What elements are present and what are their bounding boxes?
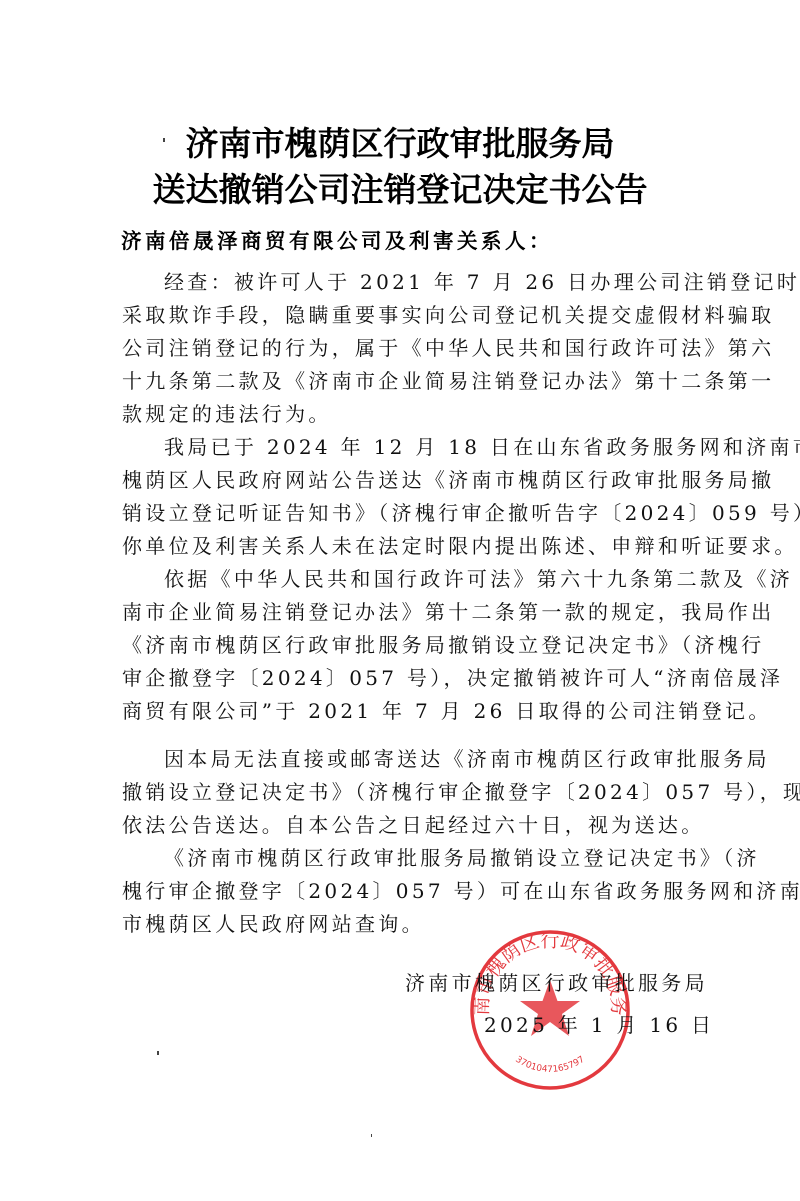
- signature-organization: 济南市槐荫区行政审批服务局: [405, 967, 708, 996]
- paragraph-line: 我局已于 2024 年 12 月 18 日在山东省政务服务网和济南市: [122, 431, 684, 464]
- paragraph-4: 因本局无法直接或邮寄送达《济南市槐荫区行政审批服务局 撤销设立登记决定书》（济槐…: [122, 743, 684, 842]
- paragraph-line: 公司注销登记的行为，属于《中华人民共和国行政许可法》第六: [122, 332, 684, 365]
- document-title-line-1: 济南市槐荫区行政审批服务局: [0, 124, 800, 164]
- seal-code: 3701047165797: [513, 1055, 586, 1075]
- paragraph-line: 撤销设立登记决定书》（济槐行审企撤登字〔2024〕057 号），现: [122, 776, 684, 809]
- paragraph-1: 经查：被许可人于 2021 年 7 月 26 日办理公司注销登记时， 采取欺诈手…: [122, 266, 684, 431]
- paragraph-line: 销设立登记听证告知书》（济槐行审企撤听告字〔2024〕059 号），: [122, 497, 684, 530]
- paragraph-line: 依法公告送达。自本公告之日起经过六十日，视为送达。: [122, 809, 684, 842]
- scan-speck: [157, 1051, 159, 1055]
- paragraph-line: 依据《中华人民共和国行政许可法》第六十九条第二款及《济: [122, 563, 684, 596]
- addressee: 济南倍晟泽商贸有限公司及利害关系人：: [121, 226, 553, 256]
- scan-speck: [371, 1134, 372, 1137]
- paragraph-line: 槐荫区人民政府网站公告送达《济南市槐荫区行政审批服务局撤: [122, 464, 684, 497]
- paragraph-3: 依据《中华人民共和国行政许可法》第六十九条第二款及《济 南市企业简易注销登记办法…: [122, 563, 684, 728]
- paragraph-line: 商贸有限公司”于 2021 年 7 月 26 日取得的公司注销登记。: [122, 695, 684, 728]
- paragraph-line: 槐行审企撤登字〔2024〕057 号）可在山东省政务服务网和济南: [122, 875, 684, 908]
- paragraph-line: 因本局无法直接或邮寄送达《济南市槐荫区行政审批服务局: [122, 743, 684, 776]
- paragraph-line: 款规定的违法行为。: [122, 398, 684, 431]
- paragraph-line: 你单位及利害关系人未在法定时限内提出陈述、申辩和听证要求。: [122, 530, 684, 563]
- paragraph-line: 南市企业简易注销登记办法》第十二条第一款的规定，我局作出: [122, 596, 684, 629]
- paragraph-line: 采取欺诈手段，隐瞒重要事实向公司登记机关提交虚假材料骗取: [122, 299, 684, 332]
- paragraph-line: 《济南市槐荫区行政审批服务局撤销设立登记决定书》（济槐行: [122, 629, 684, 662]
- paragraph-line: 《济南市槐荫区行政审批服务局撤销设立登记决定书》（济: [122, 842, 684, 875]
- paragraph-line: 审企撤登字〔2024〕057 号），决定撤销被许可人“济南倍晟泽: [122, 662, 684, 695]
- scan-speck: [163, 138, 165, 142]
- paragraph-2: 我局已于 2024 年 12 月 18 日在山东省政务服务网和济南市 槐荫区人民…: [122, 431, 684, 563]
- document-title-line-2: 送达撤销公司注销登记决定书公告: [0, 170, 800, 210]
- paragraph-line: 经查：被许可人于 2021 年 7 月 26 日办理公司注销登记时，: [122, 266, 684, 299]
- signature-date: 2025 年 1 月 16 日: [484, 1009, 714, 1038]
- document-page: 济南市槐荫区行政审批服务局 送达撤销公司注销登记决定书公告 济南倍晟泽商贸有限公…: [0, 0, 800, 1201]
- paragraph-line: 十九条第二款及《济南市企业简易注销登记办法》第十二条第一: [122, 365, 684, 398]
